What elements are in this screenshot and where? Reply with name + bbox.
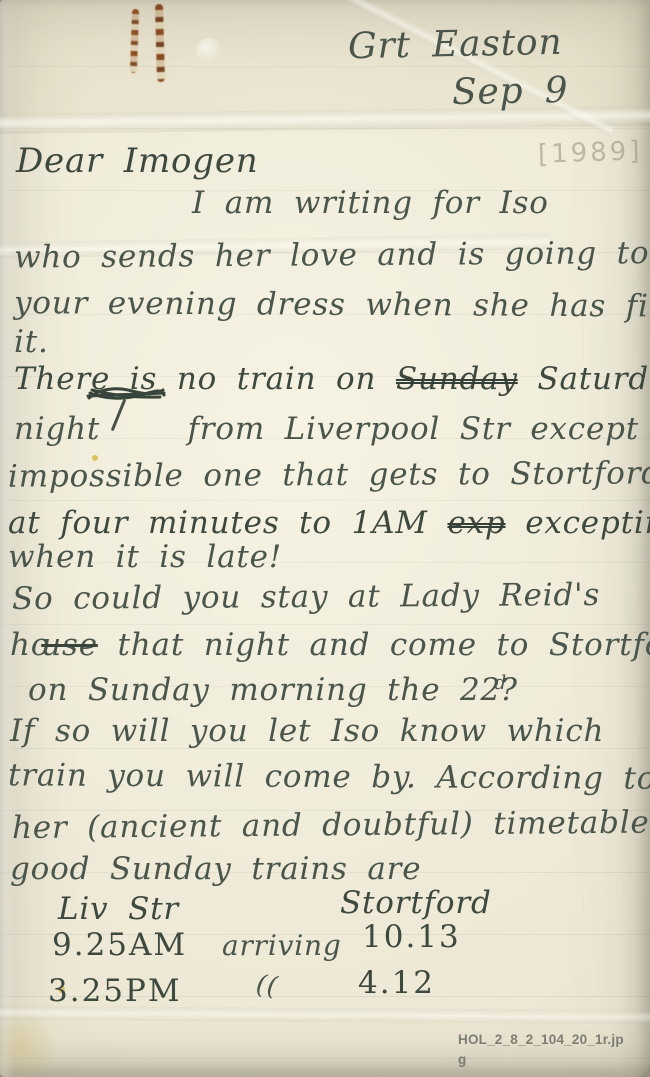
timetable-to-station: Stortford (340, 886, 492, 921)
line-text: that night and come to Stortford (118, 627, 650, 663)
ditto-mark: (( (254, 971, 280, 1003)
line-text: There is no train on (14, 361, 376, 397)
scribbled-out-word (86, 382, 166, 408)
line-text: from Liverpool Str except an (187, 411, 650, 447)
line-text: ? (500, 672, 517, 708)
timetable-arrive-time: 10.13 (362, 920, 461, 955)
scanned-letter-page: [1989] Grt Easton Sep 9 Dear Imogen I am… (0, 0, 650, 1077)
struck-letters: use (41, 627, 98, 663)
line-text: night (14, 411, 100, 447)
line-text: at four minutes to 1AM (8, 505, 428, 541)
struck-word-sunday: Sunday (396, 361, 518, 397)
letter-line: train you will come by. According to (8, 758, 650, 796)
struck-word-exp: exp (447, 505, 505, 541)
letter-line: night from Liverpool Str except an (14, 412, 650, 447)
salutation: Dear Imogen (16, 142, 258, 180)
line-text: Saturday (537, 361, 650, 397)
letter-line: good Sunday trains are (10, 852, 421, 887)
timetable-arrive-time: 4.12 (358, 966, 435, 1001)
timetable-depart-time: 3.25PM (48, 974, 182, 1009)
letter-line: at four minutes to 1AM exp excepting (8, 506, 650, 541)
line-text: on Sunday morning the 22 (28, 672, 501, 708)
letter-line: it. (14, 325, 49, 360)
archive-filename-watermark: HOL_2_8_2_104_20_1r.jpg (458, 1030, 630, 1071)
letter-line: So could you stay at Lady Reid's (12, 578, 600, 617)
letter-line: who sends her love and is going to send (14, 235, 650, 275)
pencil-year-annotation: [1989] (538, 136, 643, 170)
letter-line: I am writing for Iso (192, 186, 549, 221)
letter-line: on Sunday morning the 22d? (28, 672, 518, 708)
letter-line: house that night and come to Stortford (10, 628, 650, 663)
letter-line: your evening dress when she has finished (14, 286, 650, 325)
line-text: excepting (525, 505, 650, 541)
letter-line: her (ancient and doubtful) timetable the (12, 805, 650, 846)
timetable-note: arriving (222, 930, 342, 961)
letter-date-heading: Sep 9 (452, 71, 569, 113)
timetable-from-station: Liv Str (58, 892, 179, 927)
letter-place-heading: Grt Easton (348, 23, 563, 68)
timetable-depart-time: 9.25AM (52, 928, 187, 963)
letter-line: when it is late! (8, 540, 282, 575)
letter-line: impossible one that gets to Stortford (8, 456, 650, 494)
letter-line: If so will you let Iso know which (10, 714, 604, 749)
